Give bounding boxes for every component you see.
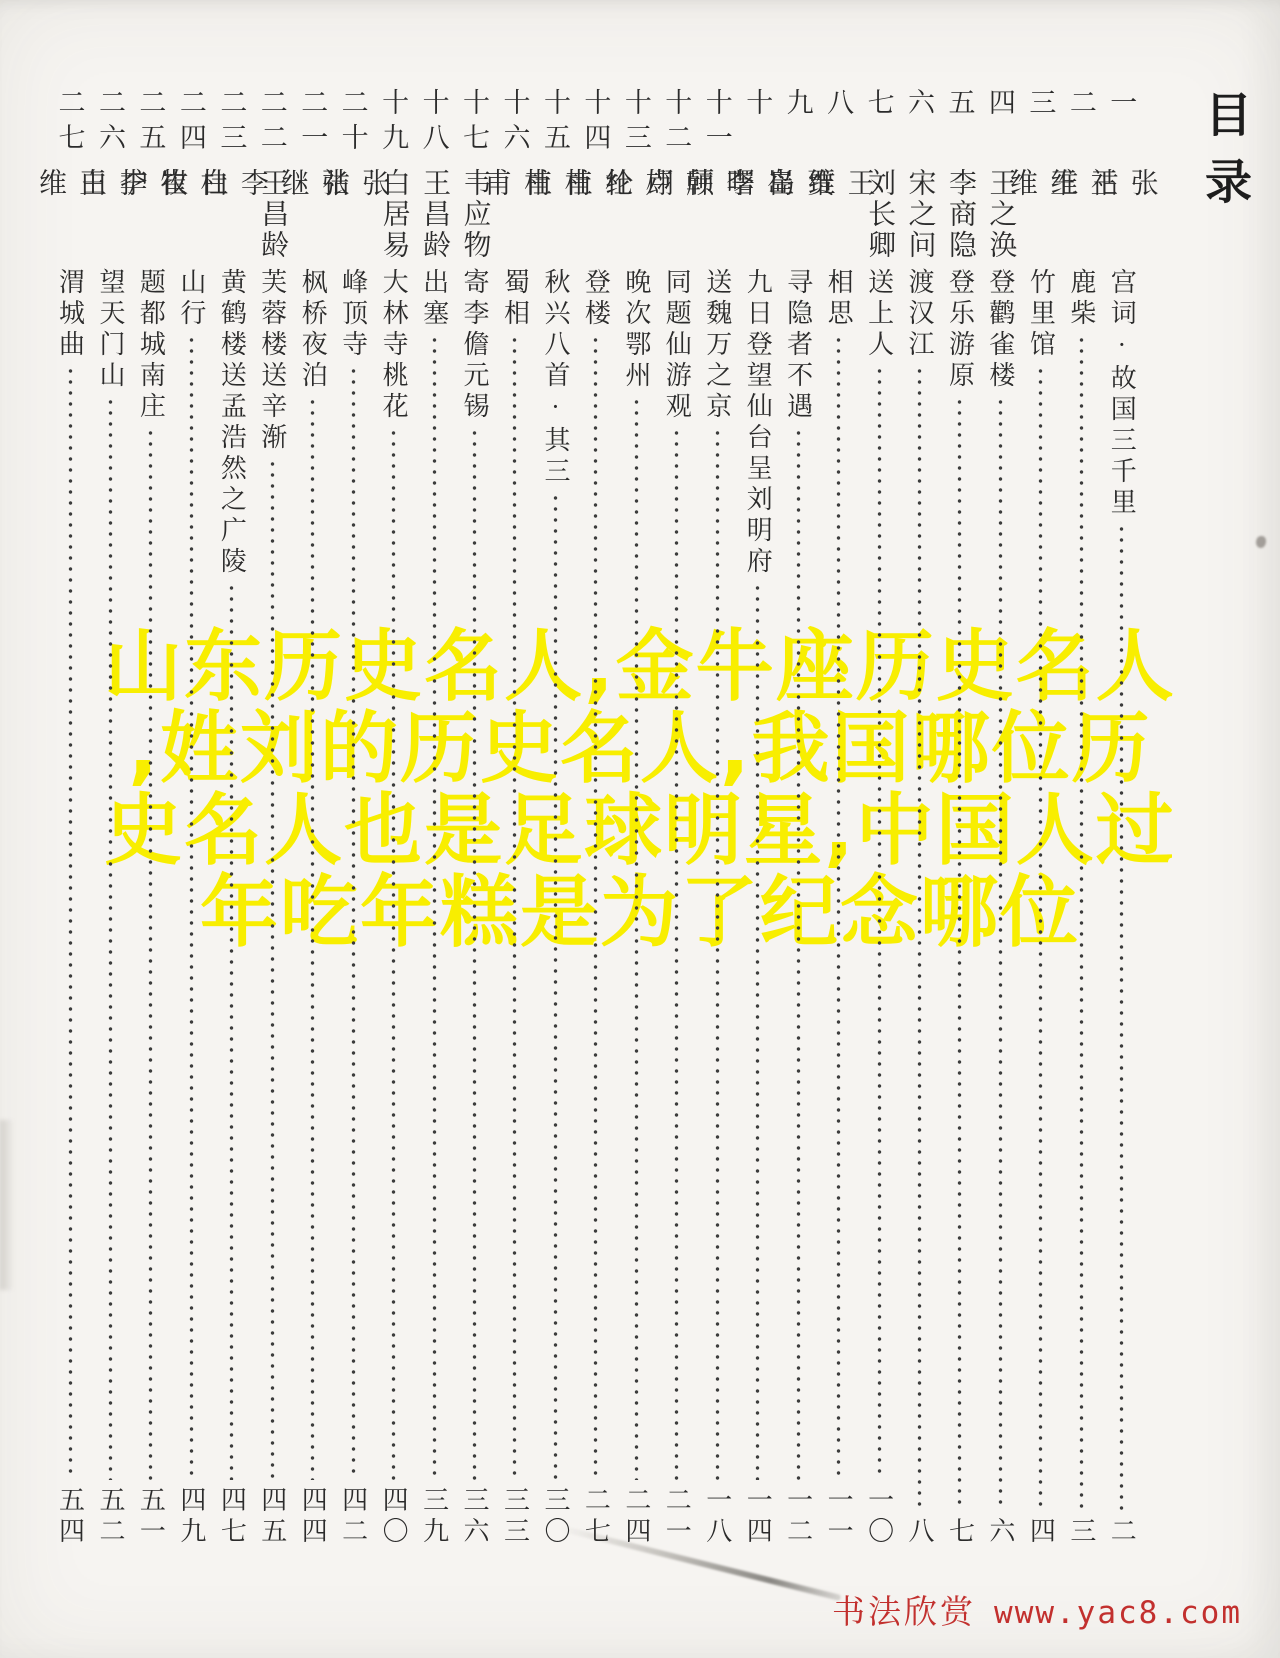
toc-entry: 十六 杜甫 蜀相 三三 xyxy=(495,88,535,1558)
dotted-leader xyxy=(553,495,558,1480)
entry-title: 送上人 xyxy=(861,268,898,361)
entry-title: 出塞 xyxy=(416,268,453,330)
entry-page-number: 三〇 xyxy=(537,1486,574,1548)
entry-number: 十四 xyxy=(576,88,615,168)
dotted-leader xyxy=(877,368,882,1480)
entry-number: 二六 xyxy=(91,88,130,168)
dotted-leader xyxy=(351,368,356,1480)
entry-page-number: 一〇 xyxy=(861,1486,898,1548)
entry-page-number: 二四 xyxy=(618,1486,655,1548)
toc-entry: 四 王之涣 登鹳雀楼 六 xyxy=(980,88,1020,1558)
entry-title: 寻隐者不遇 xyxy=(780,268,817,423)
toc-entry: 九 贾岛 寻隐者不遇 一二 xyxy=(778,88,818,1558)
entry-title: 登楼 xyxy=(577,268,614,330)
entry-title: 相思 xyxy=(820,268,857,330)
toc-entry: 十七 韦应物 寄李儋元锡 三六 xyxy=(455,88,495,1558)
dotted-leader xyxy=(432,337,437,1480)
entry-page-number: 四九 xyxy=(173,1486,210,1548)
entry-title: 枫桥夜泊 xyxy=(294,268,331,392)
toc-entry: 十八 王昌龄 出塞 三九 xyxy=(414,88,454,1558)
entry-author: 王昌龄 xyxy=(414,168,454,268)
entry-number: 二十 xyxy=(334,88,373,168)
entry-page-number: 三九 xyxy=(416,1486,453,1548)
dotted-leader xyxy=(189,337,194,1480)
entry-page-number: 五四 xyxy=(52,1486,89,1548)
toc-entry: 十三 卢纶 晚次鄂州 二四 xyxy=(616,88,656,1558)
entry-number: 六 xyxy=(900,88,939,168)
dotted-leader xyxy=(593,337,598,1480)
scan-edge-smear xyxy=(0,1120,14,1290)
toc-entry: 二三 李白 黄鹤楼送孟浩然之广陵 四七 xyxy=(212,88,252,1558)
entry-number: 一 xyxy=(1102,88,1141,168)
entry-page-number: 四二 xyxy=(335,1486,372,1548)
dotted-leader xyxy=(148,430,153,1480)
toc-entry: 十二 韩翃 同题仙游观 二一 xyxy=(657,88,697,1558)
toc-entry: 二 王维 鹿柴 三 xyxy=(1061,88,1101,1558)
entry-title: 望天门山 xyxy=(92,268,129,392)
entry-page-number: 四 xyxy=(1022,1517,1059,1548)
entry-title: 同题仙游观 xyxy=(658,268,695,423)
dotted-leader xyxy=(108,399,113,1480)
toc-entry: 十四 杜甫 登楼 二七 xyxy=(576,88,616,1558)
entry-number: 十九 xyxy=(374,88,413,168)
entry-title: 渡汉江 xyxy=(901,268,938,361)
dotted-leader xyxy=(270,461,275,1480)
entry-title: 晚次鄂州 xyxy=(618,268,655,392)
entry-author: 刘长卿 xyxy=(859,168,899,268)
toc-entry: 六 宋之问 渡汉江 八 xyxy=(900,88,940,1558)
entry-page-number: 四七 xyxy=(213,1486,250,1548)
entry-number: 二三 xyxy=(212,88,251,168)
entry-title: 山行 xyxy=(173,268,210,330)
entry-title: 登乐游原 xyxy=(941,268,978,392)
entry-number: 十五 xyxy=(536,88,575,168)
toc-entry: 一 张祜 宫词·故国三千里 二 xyxy=(1102,88,1142,1558)
dotted-leader xyxy=(755,585,760,1480)
toc-entry: 五 李商隐 登乐游原 七 xyxy=(940,88,980,1558)
toc-entry: 二五 崔护 题都城南庄 五一 xyxy=(131,88,171,1558)
entry-number: 三 xyxy=(1021,88,1060,168)
entry-number: 九 xyxy=(779,88,818,168)
toc-entry-list: 一 张祜 宫词·故国三千里 二 二 王维 鹿柴 三 三 王维 竹里馆 四 四 王… xyxy=(50,88,1142,1558)
toc-entry: 二四 杜牧 山行 四九 xyxy=(171,88,211,1558)
scan-speck xyxy=(1256,536,1266,548)
entry-title: 大林寺桃花 xyxy=(375,268,412,423)
entry-title: 竹里馆 xyxy=(1022,268,1059,361)
entry-title: 黄鹤楼送孟浩然之广陵 xyxy=(213,268,250,578)
entry-page-number: 八 xyxy=(901,1517,938,1548)
entry-page-number: 五二 xyxy=(92,1486,129,1548)
dotted-leader xyxy=(715,430,720,1480)
dotted-leader xyxy=(796,430,801,1480)
entry-title: 九日登望仙台呈刘明府 xyxy=(739,268,776,578)
entry-number: 八 xyxy=(819,88,858,168)
entry-title: 题都城南庄 xyxy=(132,268,169,423)
entry-page-number: 三三 xyxy=(496,1486,533,1548)
entry-page-number: 三 xyxy=(1063,1517,1100,1548)
toc-entry: 二二 王昌龄 芙蓉楼送辛渐 四五 xyxy=(252,88,292,1558)
toc-entry: 十 崔曙 九日登望仙台呈刘明府 一四 xyxy=(738,88,778,1558)
entry-number: 十一 xyxy=(698,88,737,168)
dotted-leader xyxy=(917,368,922,1511)
entry-number: 十八 xyxy=(415,88,454,168)
dotted-leader xyxy=(68,368,73,1480)
entry-page-number: 四〇 xyxy=(375,1486,412,1548)
entry-title: 芙蓉楼送辛渐 xyxy=(254,268,291,454)
entry-number: 二一 xyxy=(293,88,332,168)
dotted-leader xyxy=(391,430,396,1480)
entry-title: 登鹳雀楼 xyxy=(982,268,1019,392)
page-title: 目录 xyxy=(1200,90,1258,224)
entry-page-number: 四五 xyxy=(254,1486,291,1548)
dotted-leader xyxy=(472,430,477,1480)
entry-page-number: 二 xyxy=(1103,1517,1140,1548)
entry-page-number: 一四 xyxy=(739,1486,776,1548)
footer-site-name: 书法欣赏 xyxy=(832,1595,976,1631)
dotted-leader xyxy=(1038,368,1043,1511)
entry-page-number: 二一 xyxy=(658,1486,695,1548)
footer-credit: 书法欣赏 www.yac8.com xyxy=(832,1586,1242,1633)
entry-page-number: 一二 xyxy=(780,1486,817,1548)
entry-number: 二七 xyxy=(51,88,90,168)
entry-number: 十七 xyxy=(455,88,494,168)
toc-entry: 二七 王维 渭城曲 五四 xyxy=(50,88,90,1558)
dotted-leader xyxy=(229,585,234,1480)
entry-title: 蜀相 xyxy=(496,268,533,330)
entry-number: 十六 xyxy=(495,88,534,168)
entry-page-number: 五一 xyxy=(132,1486,169,1548)
dotted-leader xyxy=(512,337,517,1480)
entry-title: 渭城曲 xyxy=(52,268,89,361)
toc-entry: 二十 张祜 峰顶寺 四二 xyxy=(333,88,373,1558)
dotted-leader xyxy=(998,399,1003,1511)
entry-title: 秋兴八首·其三 xyxy=(537,268,574,488)
entry-number: 二 xyxy=(1062,88,1101,168)
entry-page-number: 六 xyxy=(982,1517,1019,1548)
toc-entry: 三 王维 竹里馆 四 xyxy=(1021,88,1061,1558)
dotted-leader xyxy=(1119,526,1124,1511)
toc-entry: 二六 李白 望天门山 五二 xyxy=(90,88,130,1558)
entry-number: 二四 xyxy=(172,88,211,168)
entry-page-number: 七 xyxy=(941,1517,978,1548)
entry-number: 十 xyxy=(738,88,777,168)
dotted-leader xyxy=(634,399,639,1480)
entry-page-number: 四四 xyxy=(294,1486,331,1548)
entry-number: 七 xyxy=(860,88,899,168)
entry-title: 鹿柴 xyxy=(1063,268,1100,330)
toc-entry: 八 王维 相思 一一 xyxy=(819,88,859,1558)
dotted-leader xyxy=(1079,337,1084,1511)
footer-site-url: www.yac8.com xyxy=(994,1595,1242,1631)
entry-author: 张祜 xyxy=(1082,168,1162,268)
entry-number: 四 xyxy=(981,88,1020,168)
toc-entry: 二一 张继 枫桥夜泊 四四 xyxy=(293,88,333,1558)
toc-entry: 十五 杜甫 秋兴八首·其三 三〇 xyxy=(535,88,575,1558)
entry-number: 十二 xyxy=(657,88,696,168)
entry-author: 李商隐 xyxy=(940,168,980,268)
entry-number: 二五 xyxy=(131,88,170,168)
entry-number: 十三 xyxy=(617,88,656,168)
toc-entry: 十九 白居易 大林寺桃花 四〇 xyxy=(374,88,414,1558)
dotted-leader xyxy=(836,337,841,1480)
entry-page-number: 三六 xyxy=(456,1486,493,1548)
entry-page-number: 一八 xyxy=(699,1486,736,1548)
entry-title: 寄李儋元锡 xyxy=(456,268,493,423)
toc-entry: 七 刘长卿 送上人 一〇 xyxy=(859,88,899,1558)
toc-entry: 十一 李颀 送魏万之京 一八 xyxy=(697,88,737,1558)
scanned-toc-page: 目录 一 张祜 宫词·故国三千里 二 二 王维 鹿柴 三 三 王维 竹里馆 四 … xyxy=(0,0,1280,1658)
dotted-leader xyxy=(310,399,315,1480)
entry-author: 宋之问 xyxy=(900,168,940,268)
entry-page-number: 一一 xyxy=(820,1486,857,1548)
entry-title: 峰顶寺 xyxy=(335,268,372,361)
dotted-leader xyxy=(957,399,962,1511)
dotted-leader xyxy=(674,430,679,1480)
entry-author: 白居易 xyxy=(374,168,414,268)
entry-title: 宫词·故国三千里 xyxy=(1103,268,1140,519)
entry-number: 五 xyxy=(940,88,979,168)
entry-title: 送魏万之京 xyxy=(699,268,736,423)
entry-number: 二二 xyxy=(253,88,292,168)
